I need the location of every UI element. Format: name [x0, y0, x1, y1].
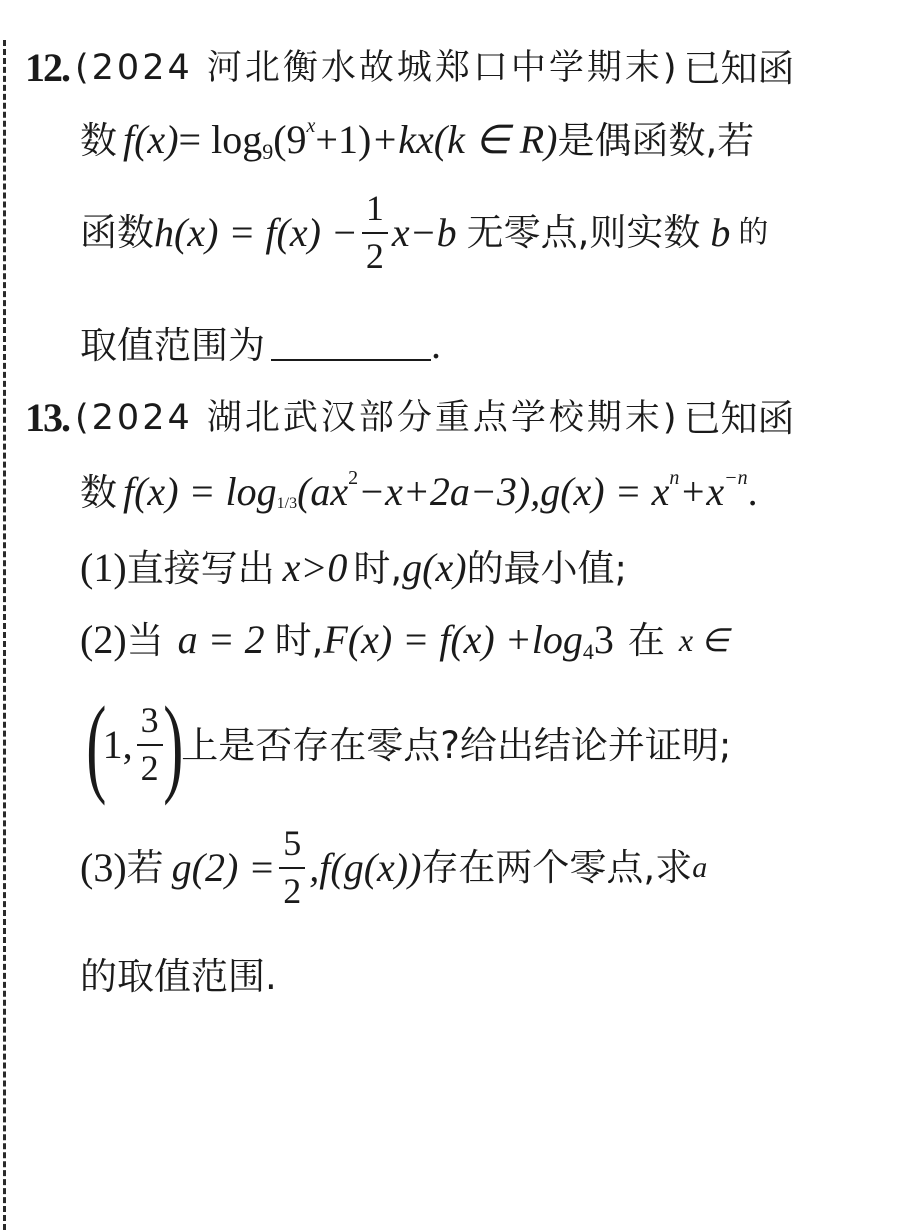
text: 已知函 — [684, 50, 795, 87]
period: . — [748, 472, 758, 512]
math-arg: −x+2a−3) — [358, 472, 530, 512]
math-condition: (k ∈ R) — [434, 120, 558, 160]
math-condition: x>0 — [283, 548, 348, 588]
left-paren: ( — [86, 690, 106, 800]
math-term: +x — [679, 472, 724, 512]
right-paren: ) — [163, 690, 183, 800]
period: . — [431, 325, 441, 365]
math-arg: (9 — [273, 120, 306, 160]
text: 的取值范围. — [80, 958, 277, 995]
text: 时, — [353, 550, 402, 587]
numerator: 5 — [283, 825, 301, 863]
denominator: 2 — [141, 750, 159, 788]
fraction-five-halves: 5 2 — [279, 825, 305, 911]
problem-13-part-3-end: 的取值范围. — [80, 958, 277, 995]
text: 若 — [127, 849, 164, 886]
math-exponent: −n — [724, 468, 748, 488]
text: 在 — [628, 622, 665, 659]
math-log-base: 4 — [583, 641, 594, 663]
text: 数 — [80, 122, 117, 159]
math-term: x−b — [392, 213, 457, 253]
text: 的 — [738, 218, 768, 248]
math-x-in: x ∈ — [679, 624, 729, 656]
math-exponent: n — [669, 468, 679, 488]
problem-12-line-1: 12. (2024 河北衡水故城郑口中学期末) 已知函 — [25, 48, 795, 88]
problem-12-line-3: 函数 h(x) = f(x) − 1 2 x−b 无零点,则实数 b 的 — [80, 190, 768, 276]
text: 已知函 — [684, 400, 795, 437]
text: 当 — [127, 622, 164, 659]
math-log-base: 1/3 — [277, 496, 297, 512]
text: 直接写出 — [127, 550, 275, 587]
problem-number: 12. — [25, 48, 69, 88]
problem-source: (2024 湖北武汉部分重点学校期末) — [75, 401, 680, 436]
math-exponent: x — [307, 116, 316, 136]
text: 存在两个零点,求 — [421, 849, 692, 886]
math-fx-log: f(x) = log — [123, 472, 277, 512]
text: 时, — [275, 622, 324, 659]
math-gx: ,g(x) = x — [530, 472, 669, 512]
part-label: (1) — [80, 548, 127, 588]
dashed-margin-line — [3, 40, 6, 1230]
math-var-a: a — [692, 853, 707, 883]
numerator: 1 — [366, 190, 384, 228]
math-fgx: ,f(g(x)) — [309, 848, 421, 888]
math-hx: h(x) = f(x) − — [154, 213, 358, 253]
fraction-bar — [362, 232, 388, 234]
math-kx: +kx — [371, 120, 434, 160]
math-Fx: F(x) = f(x) +log — [323, 620, 582, 660]
problem-13-part-2: (2) 当 a = 2 时, F(x) = f(x) +log 4 3 在 x … — [80, 620, 729, 660]
text: 上是否存在零点?给出结论并证明; — [181, 727, 731, 764]
text: 的最小值; — [467, 550, 627, 587]
math-arg: +1) — [315, 120, 371, 160]
problem-12-line-4: 取值范围为 . — [80, 325, 441, 365]
math-log: = log — [179, 120, 263, 160]
problem-13-part-1: (1) 直接写出 x>0 时, g(x) 的最小值; — [80, 548, 627, 588]
math-exponent: 2 — [348, 468, 358, 488]
problem-number: 13. — [25, 398, 69, 438]
problem-13-line-2: 数 f(x) = log 1/3 (ax 2 −x+2a−3) ,g(x) = … — [80, 472, 758, 512]
text: 是偶函数,若 — [557, 122, 754, 159]
part-label: (2) — [80, 620, 127, 660]
fraction-three-halves: 3 2 — [137, 702, 163, 788]
math-log-base: 9 — [262, 141, 273, 163]
interval-left: 1, — [103, 725, 133, 765]
answer-blank[interactable] — [271, 329, 431, 361]
problem-13-part-3: (3) 若 g(2) = 5 2 ,f(g(x)) 存在两个零点,求 a — [80, 825, 707, 911]
problem-13-part-2-interval: ( 1, 3 2 ) 上是否存在零点?给出结论并证明; — [78, 690, 731, 800]
problem-source: (2024 河北衡水故城郑口中学期末) — [75, 51, 680, 86]
math-g2: g(2) = — [172, 848, 276, 888]
denominator: 2 — [366, 238, 384, 276]
fraction-one-half: 1 2 — [362, 190, 388, 276]
problem-13-line-1: 13. (2024 湖北武汉部分重点学校期末) 已知函 — [25, 398, 795, 438]
text: 取值范围为 — [80, 327, 265, 364]
problem-12-line-2: 数 f(x) = log 9 (9 x +1) +kx (k ∈ R) 是偶函数… — [80, 120, 754, 160]
math-fx: f(x) — [123, 120, 179, 160]
numerator: 3 — [141, 702, 159, 740]
math-var-b: b — [710, 213, 730, 253]
denominator: 2 — [283, 873, 301, 911]
fraction-bar — [279, 867, 305, 869]
math-condition: a = 2 — [178, 620, 265, 660]
math-number: 3 — [594, 620, 614, 660]
part-label: (3) — [80, 848, 127, 888]
math-gx: g(x) — [402, 548, 466, 588]
math-arg: (ax — [297, 472, 348, 512]
fraction-bar — [137, 744, 163, 746]
text: 无零点,则实数 — [467, 214, 701, 251]
text: 数 — [80, 474, 117, 511]
text: 函数 — [80, 214, 154, 251]
